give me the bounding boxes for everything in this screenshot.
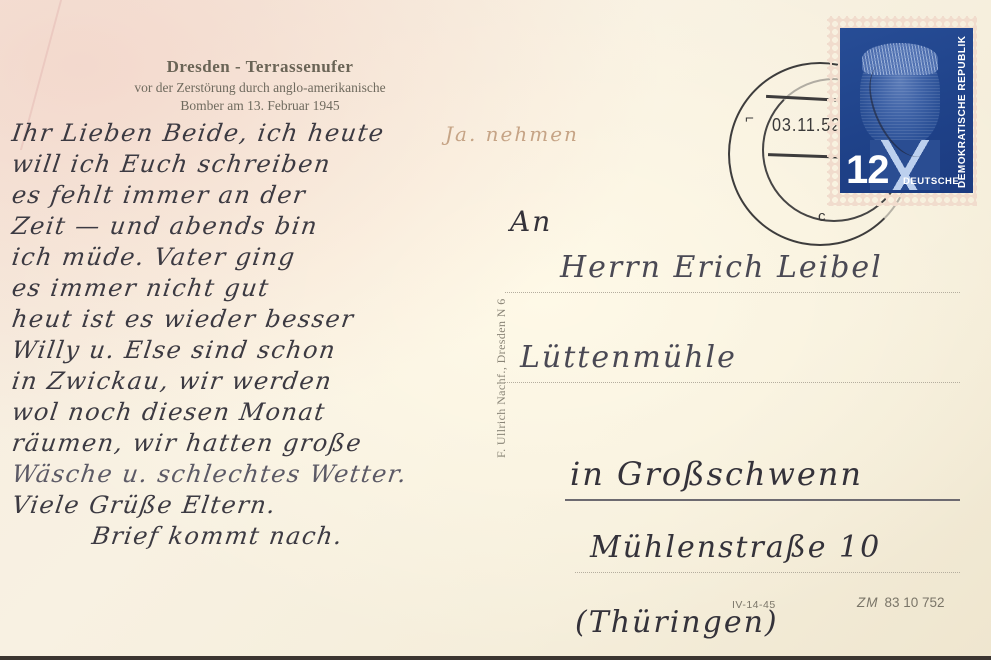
message-line: heut ist es wieder besser: [10, 304, 509, 335]
postcard-back: Dresden - Terrassenufer vor der Zerstöru…: [0, 0, 991, 656]
message-line: wol noch diesen Monat: [10, 397, 509, 428]
message-line: Ihr Lieben Beide, ich heute: [10, 118, 509, 149]
message-line: in Zwickau, wir werden: [10, 366, 509, 397]
stamp-country-bottom: DEUTSCHE: [903, 176, 959, 187]
caption-line-2: Bomber am 13. Februar 1945: [60, 98, 460, 113]
message-line: ich müde. Vater ging: [10, 242, 509, 273]
message-line: Viele Grüße Eltern.: [10, 490, 509, 521]
recipient-name: Herrn Erich Leibel: [560, 250, 883, 285]
address-salutation: An: [510, 205, 552, 238]
dotted-rule: [505, 292, 960, 293]
handwritten-message: Ihr Lieben Beide, ich heute will ich Euc…: [12, 118, 507, 552]
scan-edge: [0, 656, 991, 660]
print-code-number: 83 10 752: [885, 595, 945, 610]
stamp-value: 12: [846, 148, 889, 193]
message-line: Willy u. Else sind schon: [10, 335, 509, 366]
caption-title: Dresden - Terrassenufer: [60, 57, 460, 77]
print-code-right: ZM83 10 752: [857, 595, 945, 610]
message-line: räumen, wir hatten große: [10, 428, 509, 459]
message-line: es fehlt immer an der: [10, 180, 509, 211]
message-line: Brief kommt nach.: [10, 521, 509, 552]
postmark-letter: c: [818, 208, 826, 225]
postmark-side-mark: ⌐: [745, 110, 754, 127]
message-line: es immer nicht gut: [10, 273, 509, 304]
message-line: Zeit — und abends bin: [10, 211, 509, 242]
recipient-street: Mühlenstraße 10: [590, 530, 881, 565]
caption-line-1: vor der Zerstörung durch anglo-amerikani…: [60, 80, 460, 95]
recipient-location: Lüttenmühle: [520, 340, 737, 375]
dotted-rule: [505, 382, 960, 383]
print-code-left: IV-14-45: [732, 599, 776, 611]
printed-caption: Dresden - Terrassenufer vor der Zerstöru…: [60, 57, 460, 113]
message-line: will ich Euch schreiben: [10, 149, 509, 180]
dotted-rule: [575, 572, 960, 573]
stamp-country-side: DEMOKRATISCHE REPUBLIK: [957, 28, 968, 188]
print-code-prefix: ZM: [857, 595, 879, 610]
recipient-town: in Großschwenn: [570, 455, 863, 493]
town-underline: [565, 499, 960, 501]
message-line: Wäsche u. schlechtes Wetter.: [10, 459, 509, 490]
